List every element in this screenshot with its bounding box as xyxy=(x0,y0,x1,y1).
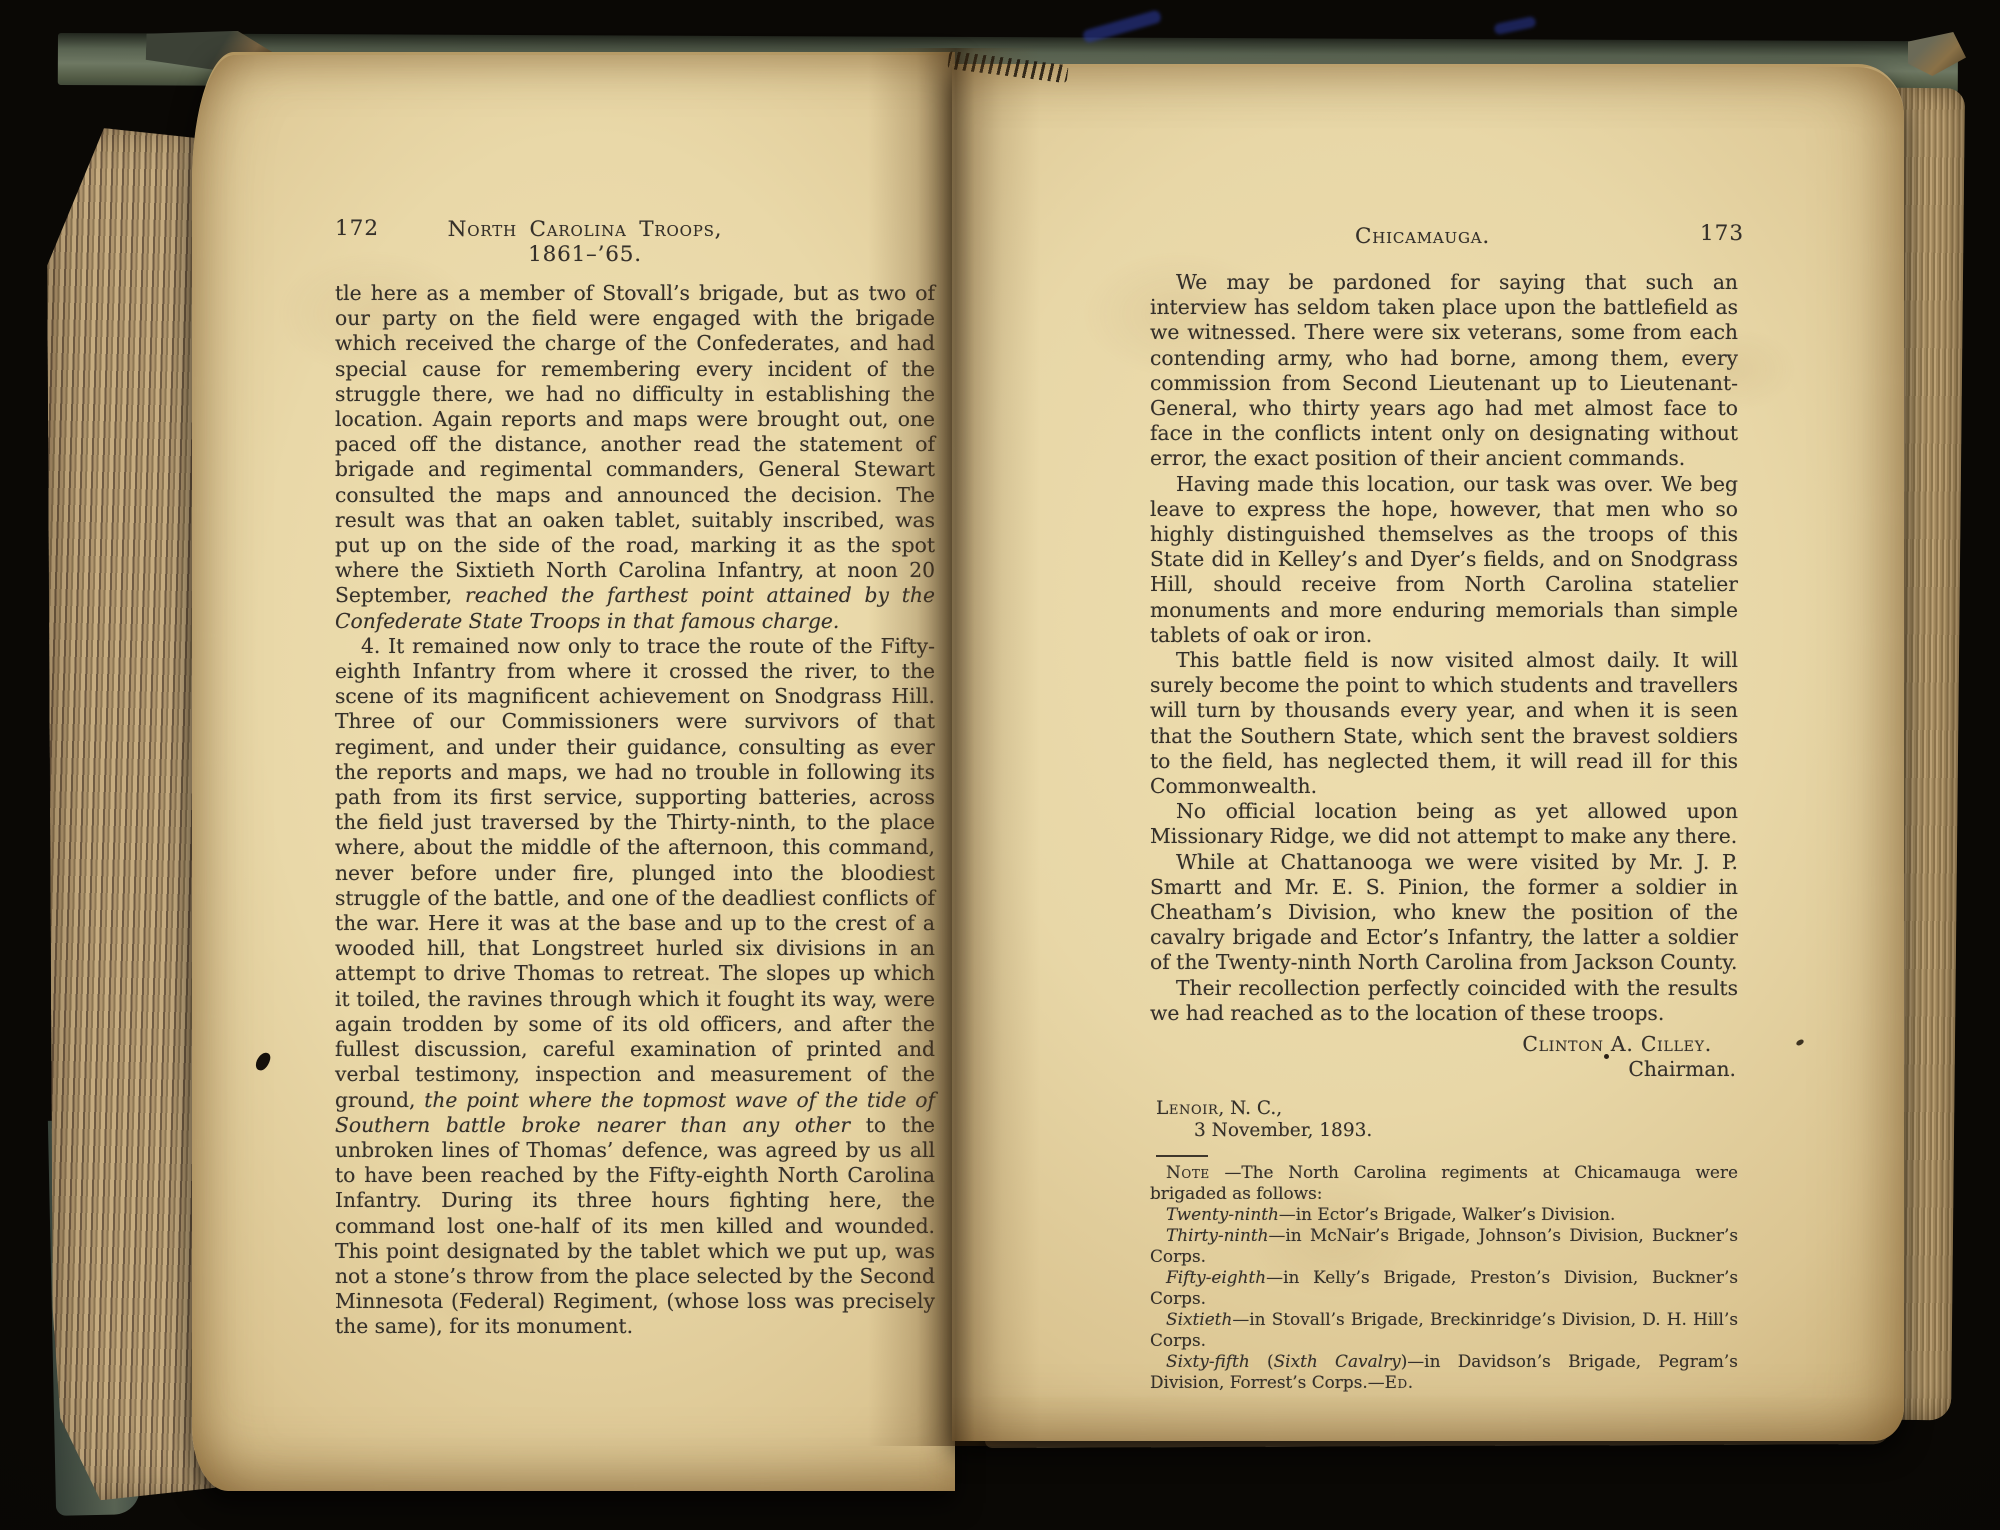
left-page-text: tle here as a member of Stovall’s brigad… xyxy=(335,281,935,1340)
paragraph: Having made this location, our task was … xyxy=(1150,472,1738,648)
footnote-entry: Twenty-ninth—in Ector’s Brigade, Walker’… xyxy=(1150,1204,1738,1225)
running-title-left: North Carolina Troops, 1861–’65. xyxy=(410,217,760,267)
book-photo: 172 North Carolina Troops, 1861–’65. tle… xyxy=(0,0,2000,1530)
page-number-left: 172 xyxy=(335,216,379,241)
footnote-entry: Sixty-fifth (Sixth Cavalry)—in Davidson’… xyxy=(1150,1351,1738,1393)
dateline: Lenoir, N. C., 3 November, 1893. xyxy=(1150,1098,1738,1142)
blue-pen-mark xyxy=(1493,16,1536,35)
right-page-text: We may be pardoned for saying that such … xyxy=(1150,270,1738,1393)
dateline-place: Lenoir, N. C., xyxy=(1150,1098,1738,1120)
paragraph: tle here as a member of Stovall’s brigad… xyxy=(335,281,935,634)
paragraph: No official location being as yet allowe… xyxy=(1150,799,1738,849)
signature-name: Clinton A. Cilley. xyxy=(1150,1032,1738,1057)
footnote-rule xyxy=(1156,1155,1208,1157)
footnote: Note —The North Carolina regiments at Ch… xyxy=(1150,1162,1738,1393)
running-title-right: Chicamauga. xyxy=(1290,224,1555,249)
page-number-right: 173 xyxy=(1700,221,1744,246)
dateline-date: 3 November, 1893. xyxy=(1150,1120,1738,1142)
footnote-entry: Fifty-eighth—in Kelly’s Brigade, Preston… xyxy=(1150,1267,1738,1309)
footnote-entry: Sixtieth—in Stovall’s Brigade, Breckinri… xyxy=(1150,1309,1738,1351)
paragraph: While at Chattanooga we were visited by … xyxy=(1150,850,1738,976)
paragraph: We may be pardoned for saying that such … xyxy=(1150,270,1738,472)
signature-title: Chairman. xyxy=(1150,1057,1738,1082)
footnote-entry: Thirty-ninth—in McNair’s Brigade, Johnso… xyxy=(1150,1225,1738,1267)
paragraph: 4. It remained now only to trace the rou… xyxy=(335,634,935,1340)
footnote-intro: Note —The North Carolina regiments at Ch… xyxy=(1150,1162,1738,1204)
paragraph: This battle field is now visited almost … xyxy=(1150,648,1738,799)
paragraph: Their recollection perfectly coincided w… xyxy=(1150,976,1738,1026)
